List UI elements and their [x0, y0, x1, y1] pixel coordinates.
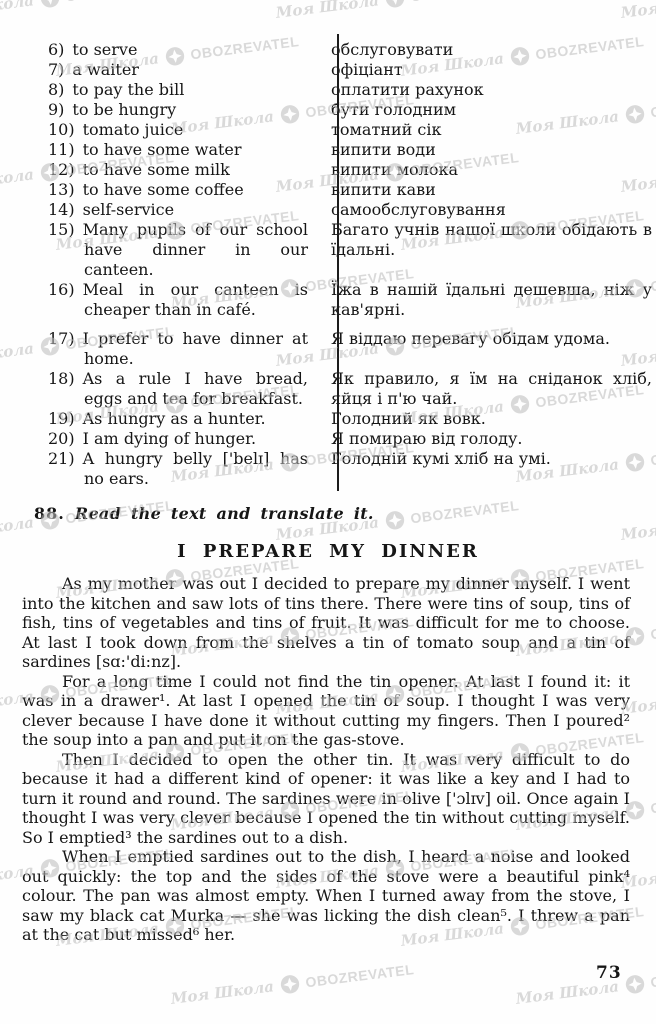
vocab-item-number: 16) [48, 280, 75, 299]
reading-paragraphs: As my mother was out I decided to prepar… [22, 574, 630, 945]
vocab-item-number: 17) [48, 329, 75, 348]
vocab-row: 8)to pay the bill оплатити рахунок [0, 80, 656, 100]
vocab-rows: 6)to serve обслуговувати 7)a waiter офіц… [0, 40, 656, 489]
vocab-item-english-cell: 15)Many pupils of our school have dinner… [0, 220, 322, 280]
vocab-row: 21)A hungry belly ['belɪ] has no ears. Г… [0, 449, 656, 489]
vocab-row: 19)As hungry as a hunter. Голодний як во… [0, 409, 656, 429]
vocab-item-number: 9) [48, 100, 64, 119]
reading-title: I PREPARE MY DINNER [0, 541, 656, 562]
vocab-item-english-cell: 6)to serve [0, 40, 322, 60]
vocab-item-number: 19) [48, 409, 75, 428]
vocab-item-number: 11) [48, 140, 75, 159]
vocab-item-english-cell: 18)As a rule I have bread, eggs and tea … [0, 369, 322, 409]
vocab-item-ukrainian: Як правило, я їм на сніданок хліб, яйця … [322, 369, 656, 409]
vocab-item-english-cell: 19)As hungry as a hunter. [0, 409, 322, 429]
vocab-item-number: 21) [48, 449, 75, 468]
vocab-item-english: to have some milk [83, 160, 230, 179]
vocab-item-number: 10) [48, 120, 75, 139]
vocab-item-number: 14) [48, 200, 75, 219]
vocab-row: 18)As a rule I have bread, eggs and tea … [0, 369, 656, 409]
vocab-item-english-cell: 17)I prefer to have dinner at home. [0, 329, 322, 369]
vocab-item-english: I am dying of hunger. [83, 429, 256, 448]
watermark: Моя ШколаOBOZREVATEL [170, 959, 415, 1009]
watermark: Моя ШколаOBOZREVATEL [515, 959, 656, 1009]
vocab-item-english: Meal in our canteen is cheaper than in c… [83, 280, 308, 319]
vocab-item-number: 18) [48, 369, 75, 388]
vocab-item-english: I prefer to have dinner at home. [83, 329, 308, 368]
vocab-item-ukrainian: бути голодним [322, 100, 656, 120]
vocab-item-english: to be hungry [72, 100, 176, 119]
vocabulary-table: 6)to serve обслуговувати 7)a waiter офіц… [0, 40, 656, 489]
page-content: 6)to serve обслуговувати 7)a waiter офіц… [0, 0, 656, 945]
obozrevatel-logo-icon [279, 973, 301, 995]
vocab-item-english: to pay the bill [72, 80, 184, 99]
vocab-item-number: 12) [48, 160, 75, 179]
vocab-row: 13)to have some coffee випити кави [0, 180, 656, 200]
vocab-item-english: Many pupils of our school have dinner in… [83, 220, 308, 279]
vocab-row: 16)Meal in our canteen is cheaper than i… [0, 280, 656, 320]
column-divider [337, 34, 339, 491]
exercise-line: 88.Read the text and translate it. [34, 504, 656, 524]
vocab-item-ukrainian: оплатити рахунок [322, 80, 656, 100]
reading-paragraph: For a long time I could not find the tin… [22, 672, 630, 750]
vocab-item-ukrainian: випити кави [322, 180, 656, 200]
vocab-item-english-cell: 14)self-service [0, 200, 322, 220]
vocab-item-english: self-service [83, 200, 174, 219]
vocab-item-english: As hungry as a hunter. [83, 409, 266, 428]
vocab-item-ukrainian: обслуговувати [322, 40, 656, 60]
vocab-item-number: 20) [48, 429, 75, 448]
vocab-row: 12)to have some milk випити молока [0, 160, 656, 180]
exercise-instruction: Read the text and translate it. [75, 504, 374, 523]
vocab-item-english-cell: 13)to have some coffee [0, 180, 322, 200]
vocab-item-english: to have some water [83, 140, 242, 159]
vocab-row: 17)I prefer to have dinner at home. Я ві… [0, 329, 656, 369]
vocab-row: 10)tomato juice томатний сік [0, 120, 656, 140]
vocab-row: 7)a waiter офіціант [0, 60, 656, 80]
exercise-number: 88. [34, 504, 65, 523]
vocab-item-number: 7) [48, 60, 64, 79]
vocab-item-english-cell: 7)a waiter [0, 60, 322, 80]
vocab-item-number: 6) [48, 40, 64, 59]
watermark-script-text: Моя Школа [170, 977, 275, 1007]
vocab-item-english: tomato juice [83, 120, 184, 139]
vocab-item-english: a waiter [72, 60, 139, 79]
vocab-row: 14)self-service самообслуговування [0, 200, 656, 220]
vocab-item-english-cell: 8)to pay the bill [0, 80, 322, 100]
vocab-item-ukrainian: Голодній кумі хліб на умі. [322, 449, 656, 489]
obozrevatel-logo-icon [624, 973, 646, 995]
vocab-item-english-cell: 12)to have some milk [0, 160, 322, 180]
vocab-item-number: 13) [48, 180, 75, 199]
watermark-caps-text: OBOZREVATEL [305, 961, 415, 990]
reading-paragraph: When I emptied sardines out to the dish,… [22, 847, 630, 945]
vocab-item-ukrainian: Багато учнів нашої школи обідають в їдал… [322, 220, 656, 280]
vocab-item-english: As a rule I have bread, eggs and tea for… [83, 369, 308, 408]
vocab-item-english-cell: 20)I am dying of hunger. [0, 429, 322, 449]
vocab-item-english-cell: 10)tomato juice [0, 120, 322, 140]
page-number: 73 [596, 963, 622, 983]
vocab-item-english-cell: 16)Meal in our canteen is cheaper than i… [0, 280, 322, 320]
vocab-item-english: A hungry belly ['belɪ] has no ears. [83, 449, 308, 488]
vocab-item-ukrainian: офіціант [322, 60, 656, 80]
vocab-item-number: 15) [48, 220, 75, 239]
watermark-caps-text: OBOZREVATEL [650, 961, 656, 990]
vocab-item-english-cell: 21)A hungry belly ['belɪ] has no ears. [0, 449, 322, 489]
vocab-row: 11)to have some water випити води [0, 140, 656, 160]
vocab-row: 9)to be hungry бути голодним [0, 100, 656, 120]
vocab-item-ukrainian: випити води [322, 140, 656, 160]
vocab-item-ukrainian: томатний сік [322, 120, 656, 140]
vocab-row: 20)I am dying of hunger. Я помираю від г… [0, 429, 656, 449]
book-page: 6)to serve обслуговувати 7)a waiter офіц… [0, 0, 656, 1024]
vocab-item-ukrainian: самообслуговування [322, 200, 656, 220]
vocab-item-english: to have some coffee [83, 180, 244, 199]
vocab-item-ukrainian: Я помираю від голоду. [322, 429, 656, 449]
reading-paragraph: Then I decided to open the other tin. It… [22, 750, 630, 848]
vocab-row: 15)Many pupils of our school have dinner… [0, 220, 656, 280]
vocab-item-ukrainian: Я віддаю перевагу обідам удома. [322, 329, 656, 369]
vocab-item-ukrainian: Голодний як вовк. [322, 409, 656, 429]
vocab-item-english: to serve [72, 40, 137, 59]
vocab-item-english-cell: 9)to be hungry [0, 100, 322, 120]
reading-paragraph: As my mother was out I decided to prepar… [22, 574, 630, 672]
vocab-item-ukrainian: випити молока [322, 160, 656, 180]
vocab-item-number: 8) [48, 80, 64, 99]
vocab-item-english-cell: 11)to have some water [0, 140, 322, 160]
vocab-item-ukrainian: Їжа в нашій їдальні дешевша, ніж у кав'я… [322, 280, 656, 320]
vocab-row: 6)to serve обслуговувати [0, 40, 656, 60]
